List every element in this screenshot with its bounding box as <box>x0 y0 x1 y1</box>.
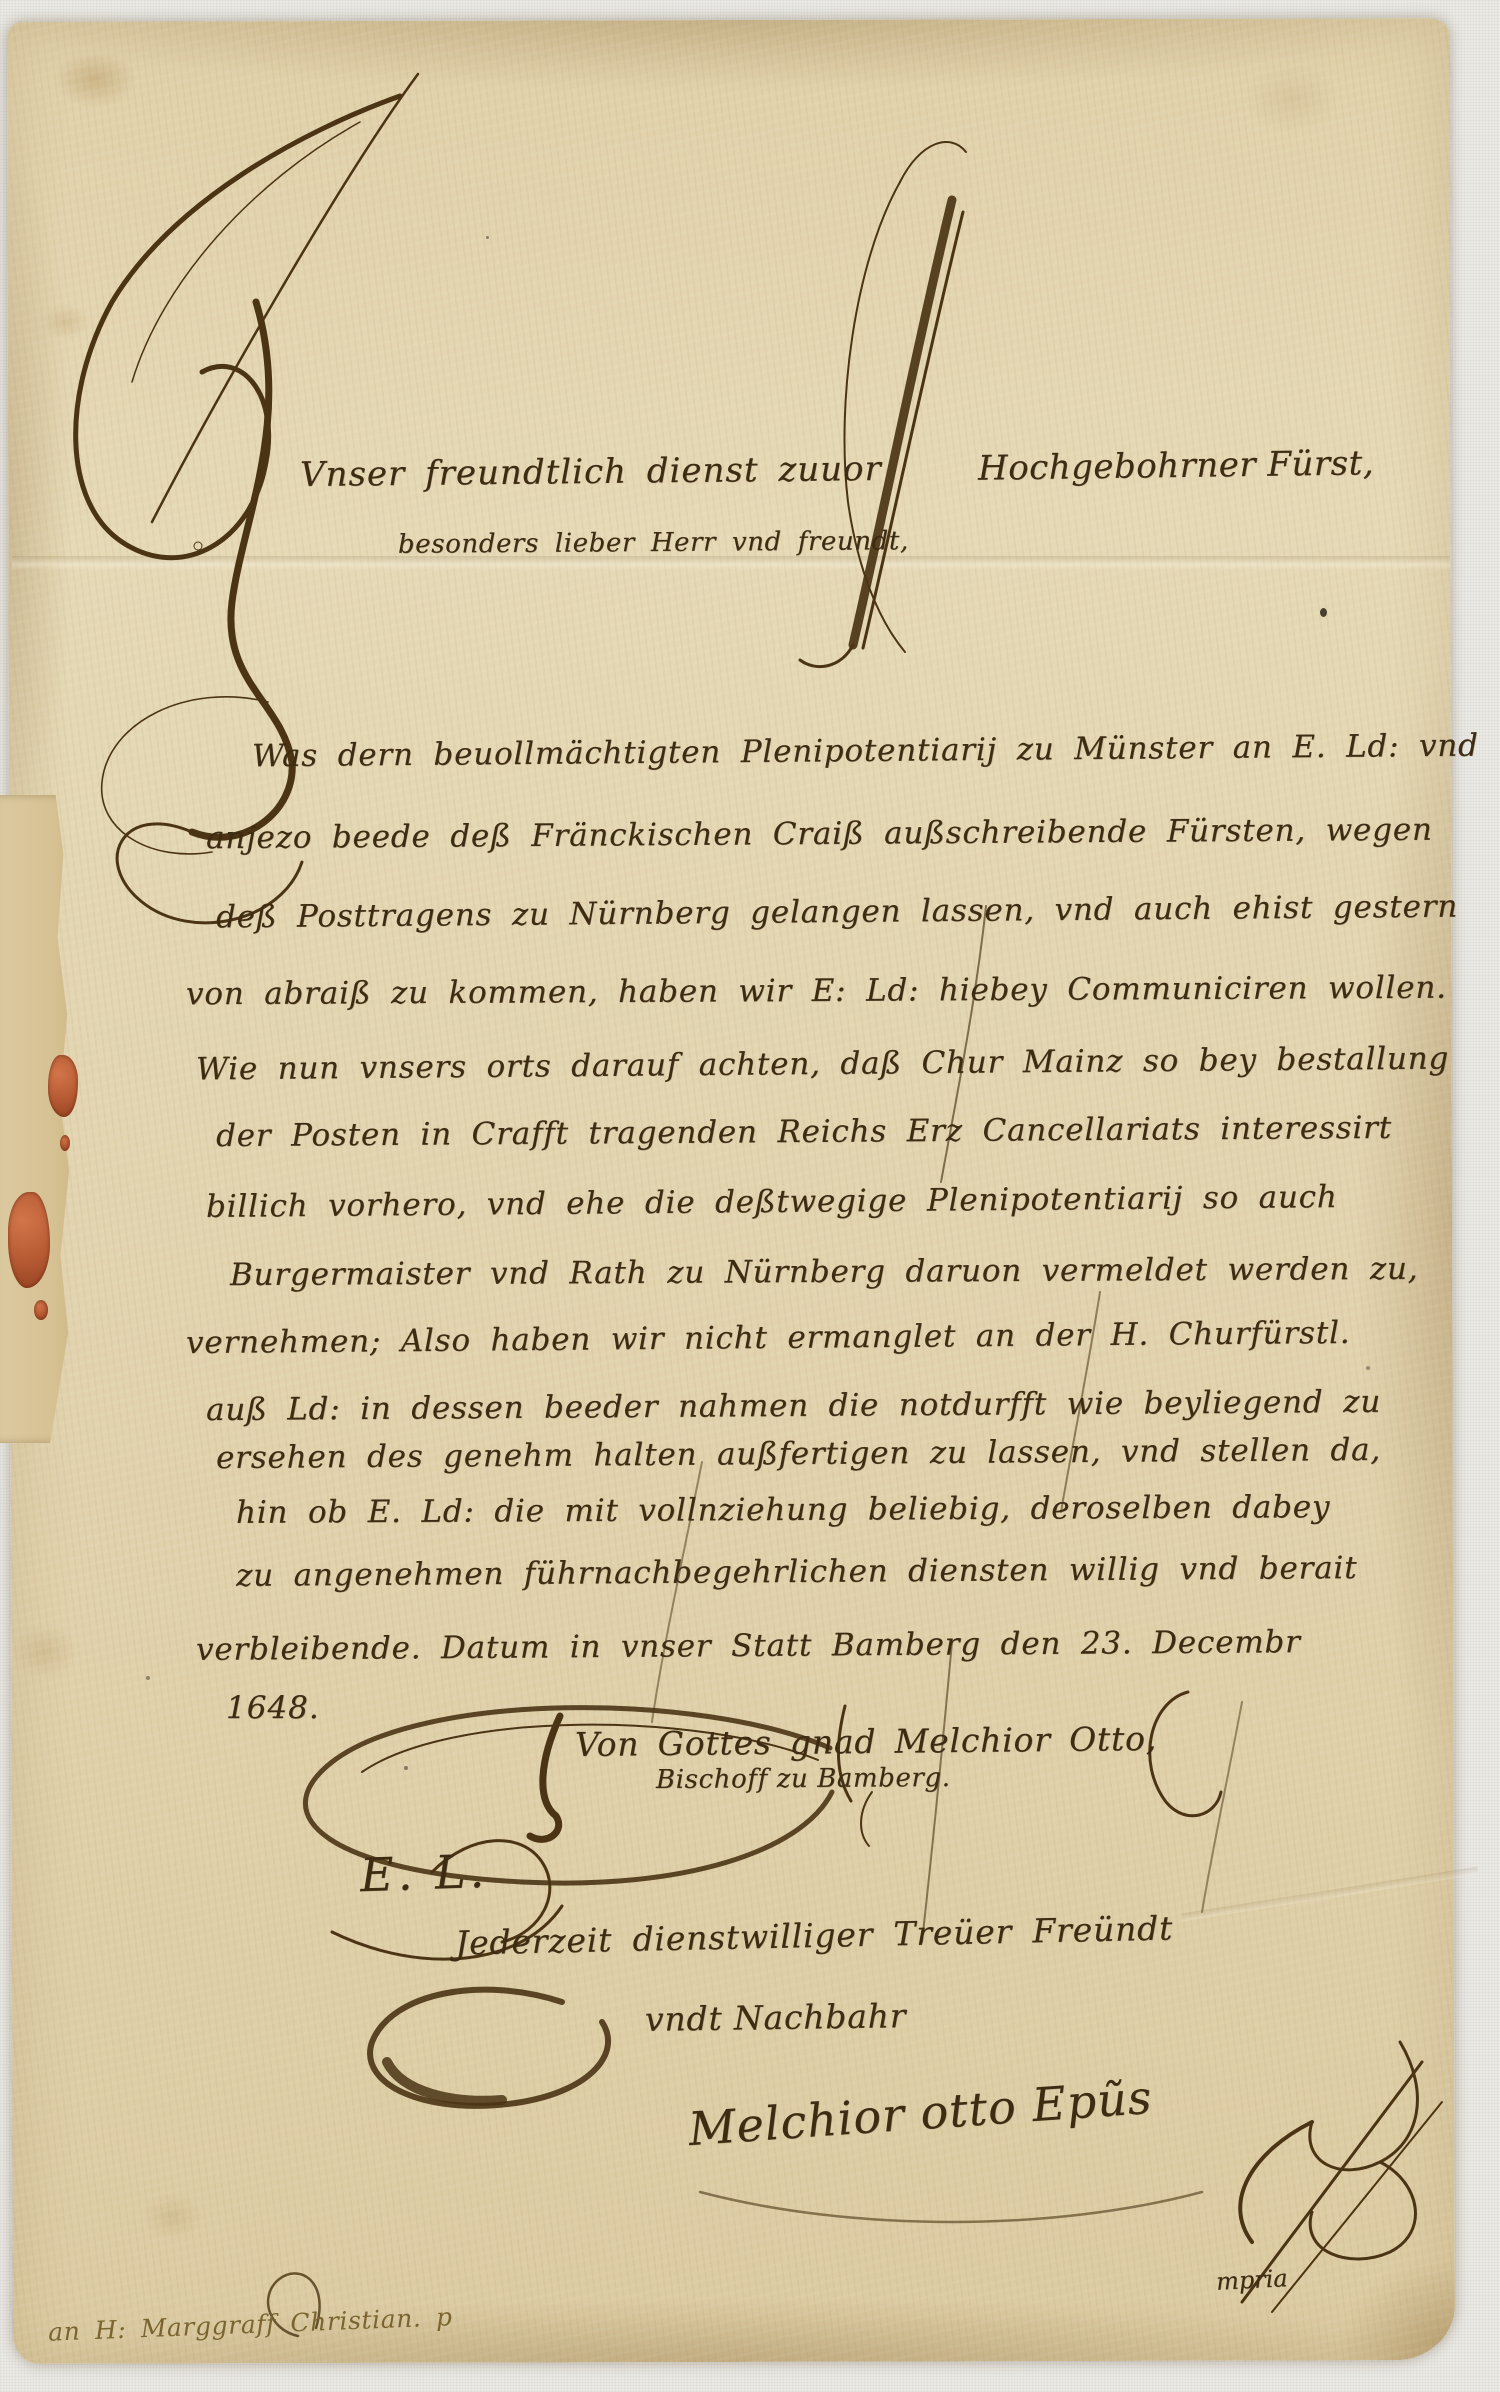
ink-speck <box>1366 1366 1370 1370</box>
salutation-line2: besonders lieber Herr vnd freundt, <box>398 526 909 560</box>
salutation-part1: Vnser freundtlich dienst zuuor <box>300 449 882 495</box>
body-line: hin ob E. Ld: die mit vollnziehung belie… <box>236 1489 1330 1531</box>
addressee-initials: E. L. <box>359 1844 489 1902</box>
wax-seal-residue <box>48 1055 78 1117</box>
signature-subscription: mpria <box>1215 2264 1288 2296</box>
year-line: 1648. <box>226 1690 320 1726</box>
wax-seal-residue <box>34 1300 48 1320</box>
body-line: Burgermaister vnd Rath zu Nürnberg daruo… <box>230 1251 1419 1293</box>
bishop-title-line: Bischoff zu Bamberg. <box>656 1763 951 1795</box>
body-line: verbleibende. Datum in vnser Statt Bambe… <box>196 1624 1301 1668</box>
body-line: von abraiß zu kommen, haben wir E: Ld: h… <box>186 970 1447 1013</box>
grace-line: Von Gottes gnad Melchior Otto, <box>575 1719 1157 1764</box>
manuscript-scan: Vnser freundtlich dienst zuuor Hochgeboh… <box>0 0 1500 2392</box>
wax-seal-residue <box>8 1192 50 1288</box>
ink-speck <box>404 1766 408 1770</box>
ink-speck <box>1320 608 1327 617</box>
closing-line-2: vndt Nachbahr <box>645 1996 907 2039</box>
wax-seal-residue <box>60 1135 70 1151</box>
ink-speck <box>146 1676 150 1680</box>
fold-crease <box>12 556 1450 570</box>
ink-speck <box>486 236 489 239</box>
salutation-part2: Hochgebohrner Fürst, <box>978 443 1375 489</box>
